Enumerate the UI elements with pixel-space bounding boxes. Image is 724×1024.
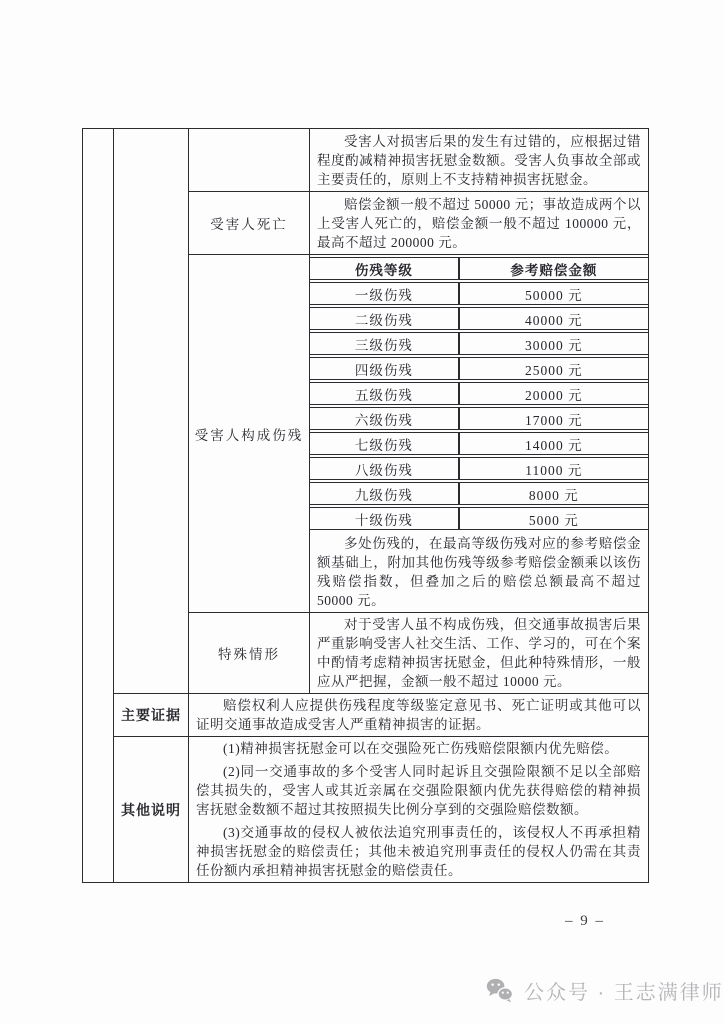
other-note-1: (1)精神损害抚慰金可以在交强险死亡伤残赔偿限额内优先赔偿。 xyxy=(189,737,648,760)
amount-cell: 17000 元 xyxy=(459,407,648,430)
grade-row: 四级伤残 25000 元 xyxy=(310,357,648,380)
row-label-other-notes: 其他说明 xyxy=(114,737,189,883)
grade-cell: 二级伤残 xyxy=(310,307,459,330)
watermark-text: 公众号 · 王志满律师 xyxy=(524,976,724,1005)
grade-row: 三级伤残 30000 元 xyxy=(310,332,648,355)
grade-row: 十级伤残 5000 元 xyxy=(310,507,648,530)
compensation-standards-table: 受害人对损害后果的发生有过错的，应根据过错程度酌减精神损害抚慰金数额。受害人负事… xyxy=(82,128,649,883)
grade-row: 一级伤残 50000 元 xyxy=(310,282,648,305)
other-notes-cell: (1)精神损害抚慰金可以在交强险死亡伤残赔偿限额内优先赔偿。 (2)同一交通事故… xyxy=(189,737,649,883)
main-evidence-cell: 赔偿权利人应提供伤残程度等级鉴定意见书、死亡证明或其他可以证明交通事故造成受害人… xyxy=(189,694,649,737)
grade-cell: 五级伤残 xyxy=(310,382,459,405)
amount-column-header: 参考赔偿金额 xyxy=(459,257,648,280)
disability-grades-table: 伤残等级 参考赔偿金额 一级伤残 50000 元 二级伤残 40000 元 xyxy=(310,255,648,532)
amount-cell: 14000 元 xyxy=(459,432,648,455)
table-row: 受害人对损害后果的发生有过错的，应根据过错程度酌减精神损害抚慰金数额。受害人负事… xyxy=(83,129,649,192)
fault-reduction-cell: 受害人对损害后果的发生有过错的，应根据过错程度酌减精神损害抚慰金数额。受害人负事… xyxy=(310,129,649,192)
amount-cell: 30000 元 xyxy=(459,332,648,355)
grade-row: 六级伤残 17000 元 xyxy=(310,407,648,430)
grade-row: 七级伤残 14000 元 xyxy=(310,432,648,455)
grade-cell: 六级伤残 xyxy=(310,407,459,430)
grade-cell: 三级伤残 xyxy=(310,332,459,355)
amount-cell: 25000 元 xyxy=(459,357,648,380)
main-evidence-content: 赔偿权利人应提供伤残程度等级鉴定意见书、死亡证明或其他可以证明交通事故造成受害人… xyxy=(189,694,648,736)
grade-cell: 九级伤残 xyxy=(310,482,459,505)
row-label-victim-death: 受害人死亡 xyxy=(189,192,310,255)
grades-header-row: 伤残等级 参考赔偿金额 xyxy=(310,257,648,280)
subcategory-empty-cell xyxy=(189,129,310,192)
grade-column-header: 伤残等级 xyxy=(310,257,459,280)
table-row: 其他说明 (1)精神损害抚慰金可以在交强险死亡伤残赔偿限额内优先赔偿。 (2)同… xyxy=(83,737,649,883)
page-number: – 9 – xyxy=(540,913,630,930)
fault-reduction-note: 受害人对损害后果的发生有过错的，应根据过错程度酌减精神损害抚慰金数额。受害人负事… xyxy=(310,130,648,191)
wechat-icon xyxy=(486,978,513,1003)
victim-death-cell: 赔偿金额一般不超过 50000 元；事故造成两个以上受害人死亡的，赔偿金额一般不… xyxy=(310,192,649,255)
grade-row: 九级伤残 8000 元 xyxy=(310,482,648,505)
grade-cell: 四级伤残 xyxy=(310,357,459,380)
grade-row: 五级伤残 20000 元 xyxy=(310,382,648,405)
grade-row: 二级伤残 40000 元 xyxy=(310,307,648,330)
victim-death-content: 赔偿金额一般不超过 50000 元；事故造成两个以上受害人死亡的，赔偿金额一般不… xyxy=(310,193,648,254)
watermark: 公众号 · 王志满律师 xyxy=(486,976,724,1005)
table-row: 主要证据 赔偿权利人应提供伤残程度等级鉴定意见书、死亡证明或其他可以证明交通事故… xyxy=(83,694,649,737)
grade-cell: 一级伤残 xyxy=(310,282,459,305)
grade-cell: 十级伤残 xyxy=(310,507,459,530)
grade-cell: 七级伤残 xyxy=(310,432,459,455)
grade-cell: 八级伤残 xyxy=(310,457,459,480)
grade-row: 八级伤残 11000 元 xyxy=(310,457,648,480)
document-page: 受害人对损害后果的发生有过错的，应根据过错程度酌减精神损害抚慰金数额。受害人负事… xyxy=(0,0,724,1024)
row-label-disability: 受害人构成伤残 xyxy=(189,255,310,613)
special-case-content: 对于受害人虽不构成伤残，但交通事故损害后果严重影响受害人社交生活、工作、学习的，… xyxy=(310,613,648,693)
disability-cell: 伤残等级 参考赔偿金额 一级伤残 50000 元 二级伤残 40000 元 xyxy=(310,255,649,613)
amount-cell: 11000 元 xyxy=(459,457,648,480)
other-note-3: (3)交通事故的侵权人被依法追究刑事责任的，该侵权人不再承担精神损害抚慰金的赔偿… xyxy=(189,821,648,882)
category-column-empty-cell xyxy=(114,129,189,694)
multiple-disability-note: 多处伤残的，在最高等级伤残对应的参考赔偿金额基础上，附加其他伤残等级参考赔偿金额… xyxy=(310,532,648,612)
special-case-cell: 对于受害人虽不构成伤残，但交通事故损害后果严重影响受害人社交生活、工作、学习的，… xyxy=(310,613,649,694)
row-label-special-case: 特殊情形 xyxy=(189,613,310,694)
amount-cell: 50000 元 xyxy=(459,282,648,305)
serial-column-empty-cell xyxy=(83,129,114,883)
other-note-2: (2)同一交通事故的多个受害人同时起诉且交强险限额不足以全部赔偿其损失的，受害人… xyxy=(189,760,648,821)
row-label-main-evidence: 主要证据 xyxy=(114,694,189,737)
amount-cell: 8000 元 xyxy=(459,482,648,505)
amount-cell: 20000 元 xyxy=(459,382,648,405)
amount-cell: 40000 元 xyxy=(459,307,648,330)
amount-cell: 5000 元 xyxy=(459,507,648,530)
